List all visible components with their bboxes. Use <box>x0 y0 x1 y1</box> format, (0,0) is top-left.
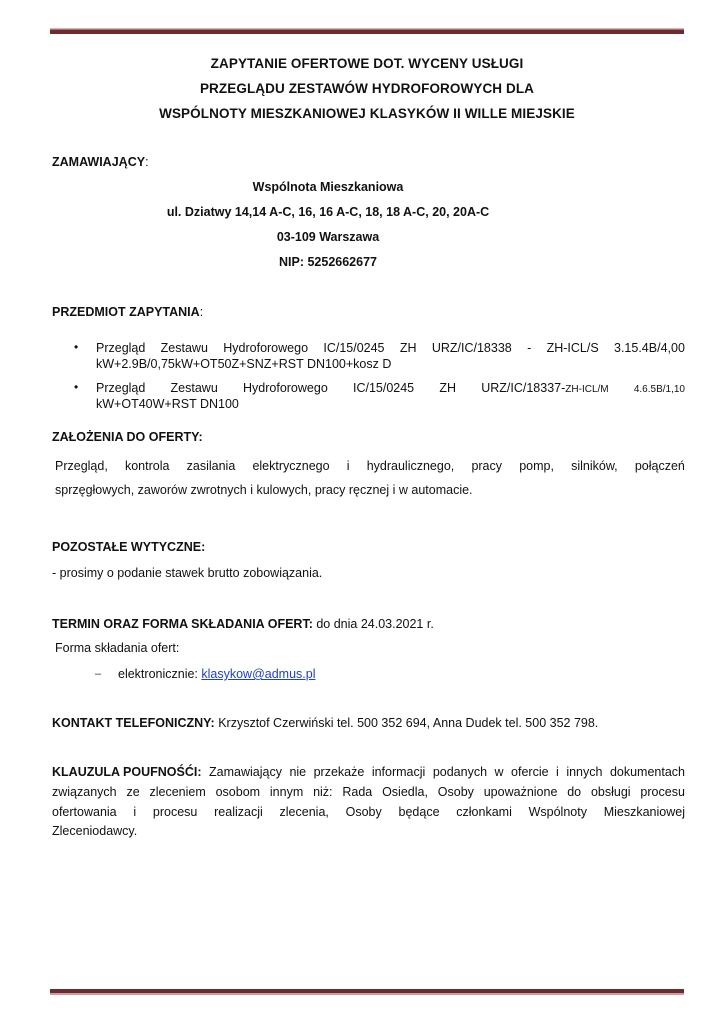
word: obsługi <box>591 785 631 799</box>
confidentiality-line-1: KLAUZULA POUFNOŚĆI:Zamawiającynieprzekaż… <box>52 765 685 779</box>
word: przekaże <box>314 765 365 779</box>
word: dokumentach <box>610 765 685 779</box>
document-title-line-1: ZAPYTANIE OFERTOWE DOT. WYCENY USŁUGI <box>0 56 724 71</box>
subject-item-1-line-2: kW+2.9B/0,75kW+OT50Z+SNZ+RST DN100+kosz … <box>96 357 391 371</box>
word: i <box>347 459 350 473</box>
ordering-party-heading: ZAMAWIAJĄCY: <box>52 155 149 169</box>
word: upoważnione <box>484 785 558 799</box>
word: osobom <box>216 785 260 799</box>
word: i <box>133 805 136 819</box>
word: 4.6.5B/1,10 <box>634 384 685 395</box>
word: Zestawu <box>161 341 208 355</box>
word: Przegląd, <box>55 459 108 473</box>
word: 3.15.4B/4,00 <box>614 341 685 355</box>
ordering-party-heading-text: ZAMAWIAJĄCY <box>52 155 145 169</box>
bullet-icon: • <box>74 340 78 354</box>
subject-item-2-line-1: PrzeglądZestawuHydroforowegoIC/15/0245ZH… <box>96 381 685 395</box>
document-title-line-3: WSPÓLNOTY MIESZKANIOWEJ KLASYKÓW II WILL… <box>0 106 724 121</box>
contact-heading: KONTAKT TELEFONICZNY: <box>52 716 215 730</box>
word: procesu <box>640 785 684 799</box>
word: innych <box>566 765 602 779</box>
word: Przegląd <box>96 381 145 395</box>
word: kontrola <box>125 459 169 473</box>
subject-item-1-line-1: PrzeglądZestawuHydroforowegoIC/15/0245ZH… <box>96 341 685 355</box>
top-decorative-rule <box>50 28 684 34</box>
word: związanych <box>52 785 117 799</box>
word: - <box>527 341 531 355</box>
word: ZH-ICL/M <box>565 384 608 395</box>
word: hydraulicznego, <box>367 459 455 473</box>
word: Mieszkaniowej <box>604 805 685 819</box>
email-link[interactable]: klasykow@admus.pl <box>201 667 315 681</box>
word: realizacji <box>214 805 263 819</box>
electronic-submission: elektronicznie: klasykow@admus.pl <box>118 667 316 681</box>
word: do <box>567 785 581 799</box>
word: Osoby <box>438 785 474 799</box>
word: elektrycznego <box>252 459 329 473</box>
deadline-heading: TERMIN ORAZ FORMA SKŁADANIA OFERT: <box>52 617 313 631</box>
word: URZ/IC/18338 <box>432 341 512 355</box>
other-guidelines-text: - prosimy o podanie stawek brutto zobowi… <box>52 566 322 580</box>
deadline-value: do dnia 24.03.2021 r. <box>313 617 434 631</box>
word: członkami <box>456 805 512 819</box>
word: procesu <box>153 805 197 819</box>
word: będące <box>399 805 440 819</box>
ordering-party-nip: NIP: 5252662677 <box>0 255 656 269</box>
word: Wspólnoty <box>529 805 587 819</box>
contact-line: KONTAKT TELEFONICZNY: Krzysztof Czerwińs… <box>52 716 598 730</box>
word: silników, <box>571 459 618 473</box>
word: ZH-ICL/S <box>547 341 599 355</box>
contact-text: Krzysztof Czerwiński tel. 500 352 694, A… <box>215 716 599 730</box>
bottom-decorative-rule <box>50 989 684 995</box>
word: ZH <box>439 381 456 395</box>
word: IC/15/0245 <box>323 341 384 355</box>
word: niż: <box>313 785 332 799</box>
dash-bullet-icon: – <box>95 668 101 680</box>
ordering-party-heading-colon: : <box>145 155 148 169</box>
confidentiality-line-4: Zleceniodawcy. <box>52 824 137 838</box>
deadline-line: TERMIN ORAZ FORMA SKŁADANIA OFERT: do dn… <box>52 617 434 631</box>
word: podanych <box>433 765 487 779</box>
subject-item-2-line-2: kW+OT40W+RST DN100 <box>96 397 239 411</box>
word: Zestawu <box>171 381 218 395</box>
confidentiality-line-3: ofertowaniaiprocesurealizacjizlecenia,Os… <box>52 805 685 819</box>
assumptions-line-2: sprzęgłowych, zaworów zwrotnych i kulowy… <box>55 483 473 497</box>
word: Osoby <box>346 805 382 819</box>
word: zleceniem <box>149 785 205 799</box>
confidentiality-heading: KLAUZULA POUFNOŚĆI: <box>52 765 202 779</box>
subject-heading-text: PRZEDMIOT ZAPYTANIA <box>52 305 200 319</box>
word: URZ/IC/18337-ZH-ICL/M <box>481 381 608 395</box>
word: Osiedla, <box>382 785 428 799</box>
word: połączeń <box>635 459 685 473</box>
electronic-label: elektronicznie: <box>118 667 201 681</box>
ordering-party-name: Wspólnota Mieszkaniowa <box>0 180 656 194</box>
ordering-party-city: 03-109 Warszawa <box>0 230 656 244</box>
word: i <box>556 765 559 779</box>
word: Rada <box>342 785 372 799</box>
ordering-party-street: ul. Dziatwy 14,14 A-C, 16, 16 A-C, 18, 1… <box>0 205 656 219</box>
word: zlecenia, <box>280 805 329 819</box>
submission-form-label: Forma składania ofert: <box>55 641 179 655</box>
word: innym <box>270 785 303 799</box>
word: zasilania <box>187 459 236 473</box>
document-title-line-2: PRZEGLĄDU ZESTAWÓW HYDROFOROWYCH DLA <box>0 81 724 96</box>
word: Hydroforowego <box>243 381 328 395</box>
word: Zamawiający <box>209 765 282 779</box>
word: nie <box>289 765 306 779</box>
word: IC/15/0245 <box>353 381 414 395</box>
word: ofercie <box>511 765 549 779</box>
word: pracy <box>471 459 502 473</box>
word: Hydroforowego <box>223 341 308 355</box>
subject-heading-colon: : <box>200 305 203 319</box>
word: pomp, <box>519 459 554 473</box>
word: informacji <box>372 765 426 779</box>
other-guidelines-heading: POZOSTAŁE WYTYCZNE: <box>52 540 205 554</box>
word: ZH <box>400 341 417 355</box>
confidentiality-line-2: związanychzezleceniemosobominnymniż:Rada… <box>52 785 685 799</box>
subject-heading: PRZEDMIOT ZAPYTANIA: <box>52 305 203 319</box>
word: Przegląd <box>96 341 145 355</box>
word: w <box>495 765 504 779</box>
word: ze <box>126 785 139 799</box>
assumptions-heading: ZAŁOŻENIA DO OFERTY: <box>52 430 203 444</box>
assumptions-line-1: Przegląd,kontrolazasilaniaelektrycznegoi… <box>55 459 685 473</box>
bullet-icon: • <box>74 380 78 394</box>
word: ofertowania <box>52 805 117 819</box>
